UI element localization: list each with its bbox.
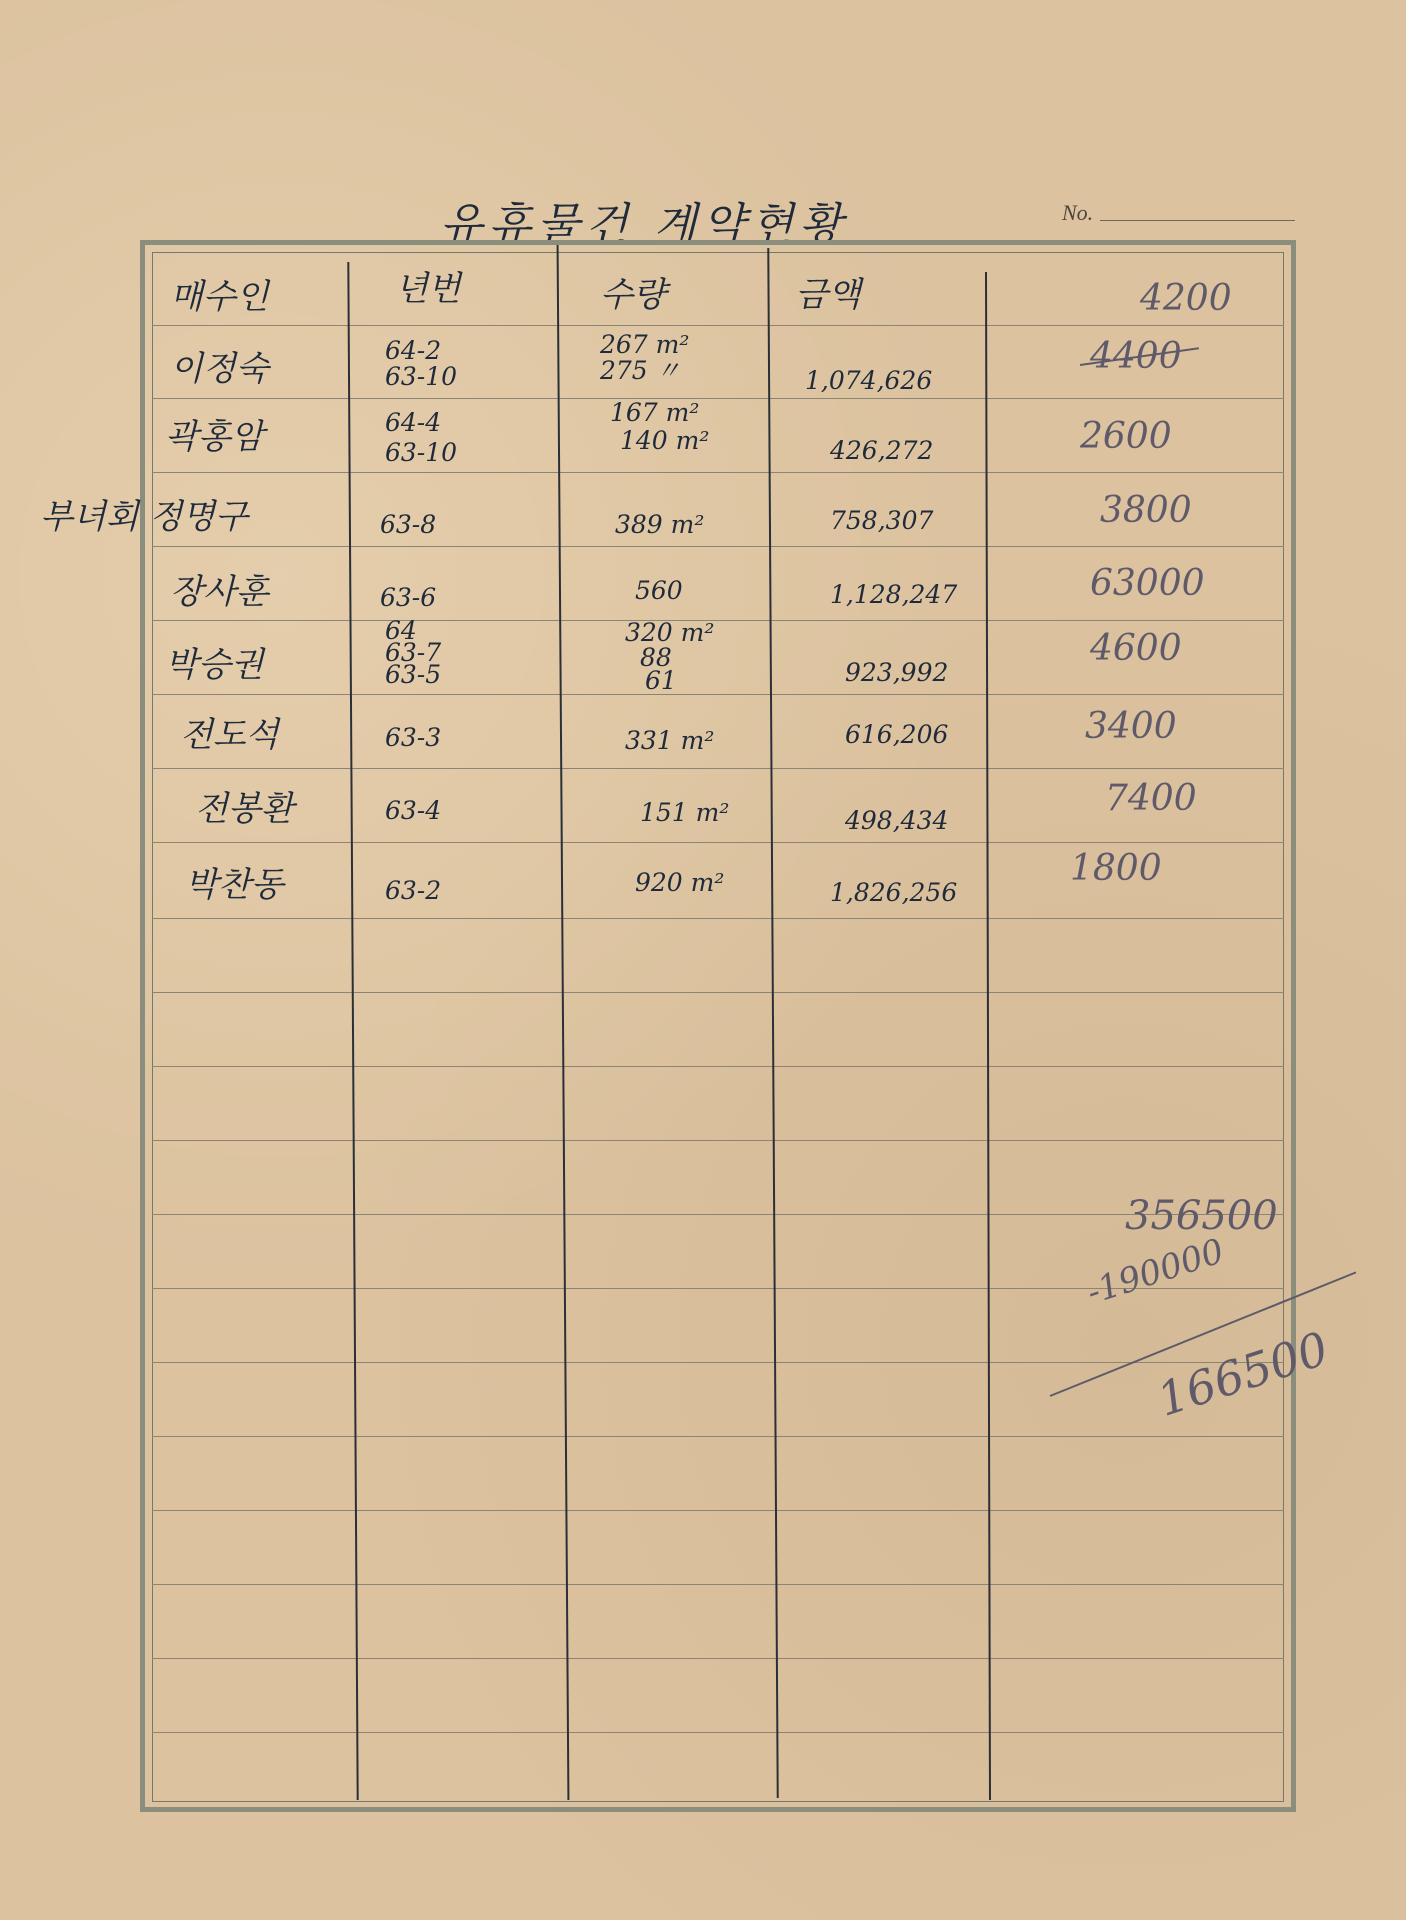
pencil-note: 63000 (1090, 565, 1205, 603)
rule (152, 842, 1284, 843)
number-label: No. (1062, 200, 1093, 226)
buyer-name: 전봉환 (195, 792, 294, 828)
rule (152, 1362, 1284, 1363)
quantity: 61 (645, 668, 677, 694)
buyer-name: 부녀회 정명구 (40, 500, 248, 536)
pencil-note: 3800 (1100, 492, 1192, 530)
calc-total: 356500 (1125, 1195, 1278, 1237)
buyer-name: 전도석 (180, 718, 279, 754)
buyer-name: 장사훈 (170, 575, 269, 611)
year-no: 63-3 (385, 725, 441, 751)
amount: 1,826,256 (830, 880, 957, 906)
rule (152, 918, 1284, 919)
amount: 923,992 (845, 660, 948, 686)
quantity: 331 m² (625, 728, 714, 754)
buyer-name: 이정숙 (170, 352, 269, 388)
quantity: 151 m² (640, 800, 729, 826)
year-no: 64-2 (385, 338, 441, 364)
rule (152, 694, 1284, 695)
year-no: 63-2 (385, 878, 441, 904)
year-no: 63-4 (385, 798, 441, 824)
rule (152, 1214, 1284, 1215)
rule (152, 620, 1284, 621)
header-quantity: 수량 (600, 278, 666, 314)
amount: 1,074,626 (805, 368, 932, 394)
rule (152, 1510, 1284, 1511)
quantity: 275 〃 (600, 358, 681, 384)
pencil-note: 3400 (1085, 708, 1177, 746)
rule (152, 325, 1284, 326)
amount: 616,206 (845, 722, 948, 748)
header-amount: 금액 (795, 278, 861, 314)
amount: 758,307 (830, 508, 933, 534)
year-no: 64-4 (385, 410, 441, 436)
quantity: 920 m² (635, 870, 724, 896)
year-no: 63-6 (380, 585, 436, 611)
rule (152, 1140, 1284, 1141)
quantity: 267 m² (600, 332, 689, 358)
quantity: 560 (635, 578, 683, 604)
buyer-name: 박승권 (165, 648, 264, 684)
year-no: 63-8 (380, 512, 436, 538)
rule (152, 1066, 1284, 1067)
quantity: 167 m² (610, 400, 699, 426)
pencil-note: 1800 (1070, 850, 1162, 888)
rule (152, 992, 1284, 993)
buyer-name: 박찬동 (185, 868, 284, 904)
amount: 498,434 (845, 808, 948, 834)
pencil-note: 4200 (1140, 280, 1232, 318)
rule (152, 546, 1284, 547)
header-buyer: 매수인 (170, 280, 269, 316)
year-no: 63-10 (385, 440, 457, 466)
buyer-name: 곽홍암 (165, 420, 264, 456)
rule (152, 1732, 1284, 1733)
amount: 426,272 (830, 438, 933, 464)
year-no: 63-10 (385, 364, 457, 390)
rule (152, 1584, 1284, 1585)
amount: 1,128,247 (830, 582, 957, 608)
pencil-note: 7400 (1105, 780, 1197, 818)
rule (152, 472, 1284, 473)
pencil-note: 4600 (1090, 630, 1182, 668)
rule (152, 398, 1284, 399)
pencil-note: 2600 (1080, 418, 1172, 456)
number-field-line (1100, 220, 1295, 221)
ledger-inner-frame (152, 252, 1284, 1802)
rule (152, 768, 1284, 769)
quantity: 140 m² (620, 428, 709, 454)
header-year-no: 년번 (395, 272, 461, 308)
rule (152, 1436, 1284, 1437)
rule (152, 1658, 1284, 1659)
year-no: 63-5 (385, 662, 441, 688)
quantity: 389 m² (615, 512, 704, 538)
